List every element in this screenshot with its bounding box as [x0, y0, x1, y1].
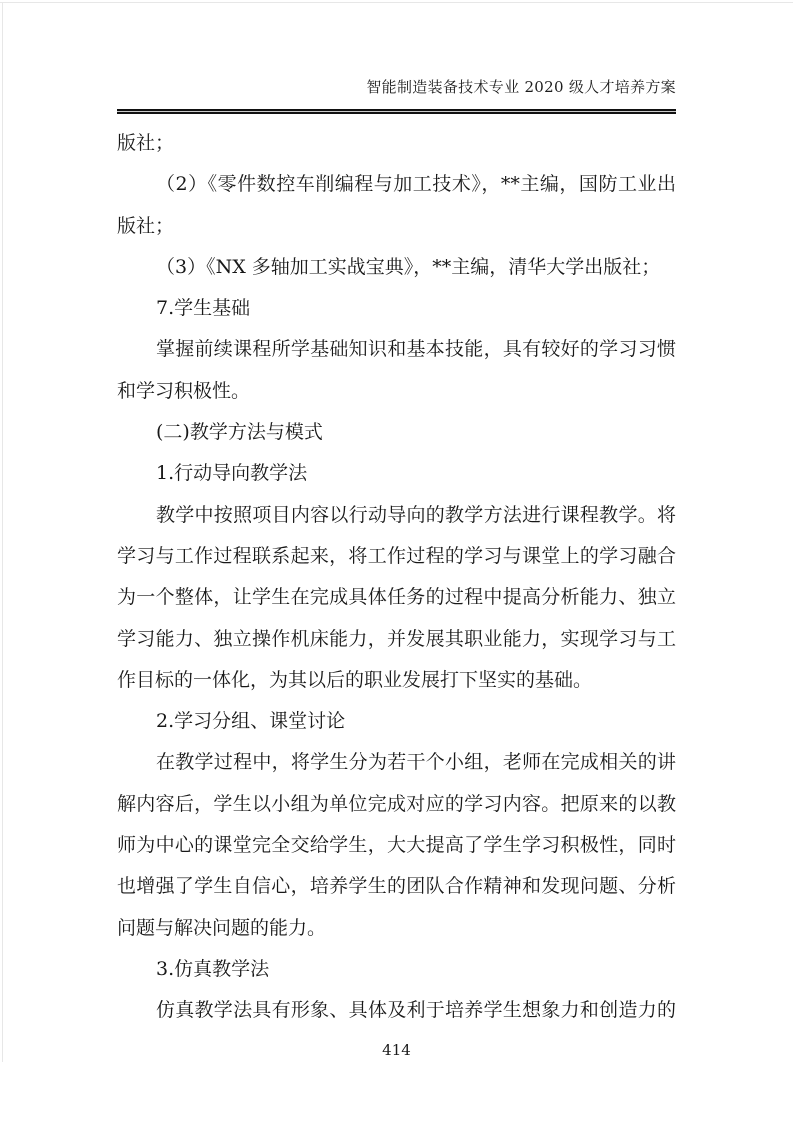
- divider-thin-line: [117, 112, 676, 114]
- text-line: （3）《NX 多轴加工实战宝典》，**主编，清华大学出版社；: [117, 247, 676, 288]
- document-page: 智能制造装备技术专业 2020 级人才培养方案 版社；（2）《零件数控车削编程与…: [0, 0, 793, 1122]
- text-line: 学习能力、独立操作机床能力，并发展其职业能力，实现学习与工: [117, 619, 676, 660]
- text-line: (二)教学方法与模式: [117, 412, 676, 453]
- text-line: 为一个整体，让学生在完成具体任务的过程中提高分析能力、独立: [117, 577, 676, 618]
- text-line: 3.仿真教学法: [117, 949, 676, 990]
- text-line: 仿真教学法具有形象、具体及利于培养学生想象力和创造力的: [117, 990, 676, 1031]
- page-number: 414: [0, 1041, 793, 1059]
- page-edge-left-line: [2, 2, 3, 1062]
- text-line: 掌握前续课程所学基础知识和基本技能，具有较好的学习习惯: [117, 329, 676, 370]
- text-line: 解内容后，学生以小组为单位完成对应的学习内容。把原来的以教: [117, 784, 676, 825]
- text-line: 7.学生基础: [117, 288, 676, 329]
- document-body: 版社；（2）《零件数控车削编程与加工技术》，**主编，国防工业出版社；（3）《N…: [117, 123, 676, 1032]
- text-line: 作目标的一体化，为其以后的职业发展打下坚实的基础。: [117, 660, 676, 701]
- text-line: 版社；: [117, 123, 676, 164]
- text-line: 问题与解决问题的能力。: [117, 908, 676, 949]
- page-header-title: 智能制造装备技术专业 2020 级人才培养方案: [366, 76, 676, 97]
- text-line: 学习与工作过程联系起来，将工作过程的学习与课堂上的学习融合: [117, 536, 676, 577]
- text-line: 教学中按照项目内容以行动导向的教学方法进行课程教学。将: [117, 495, 676, 536]
- page-edge-top-line: [0, 2, 793, 3]
- text-line: 1.行动导向教学法: [117, 453, 676, 494]
- text-line: 2.学习分组、课堂讨论: [117, 701, 676, 742]
- text-line: 在教学过程中，将学生分为若干个小组，老师在完成相关的讲: [117, 742, 676, 783]
- text-line: 也增强了学生自信心，培养学生的团队合作精神和发现问题、分析: [117, 866, 676, 907]
- text-line: 师为中心的课堂完全交给学生，大大提高了学生学习积极性，同时: [117, 825, 676, 866]
- text-line: 和学习积极性。: [117, 371, 676, 412]
- text-line: 版社；: [117, 206, 676, 247]
- header-divider-double-rule: [117, 109, 676, 114]
- text-line: （2）《零件数控车削编程与加工技术》，**主编，国防工业出: [117, 164, 676, 205]
